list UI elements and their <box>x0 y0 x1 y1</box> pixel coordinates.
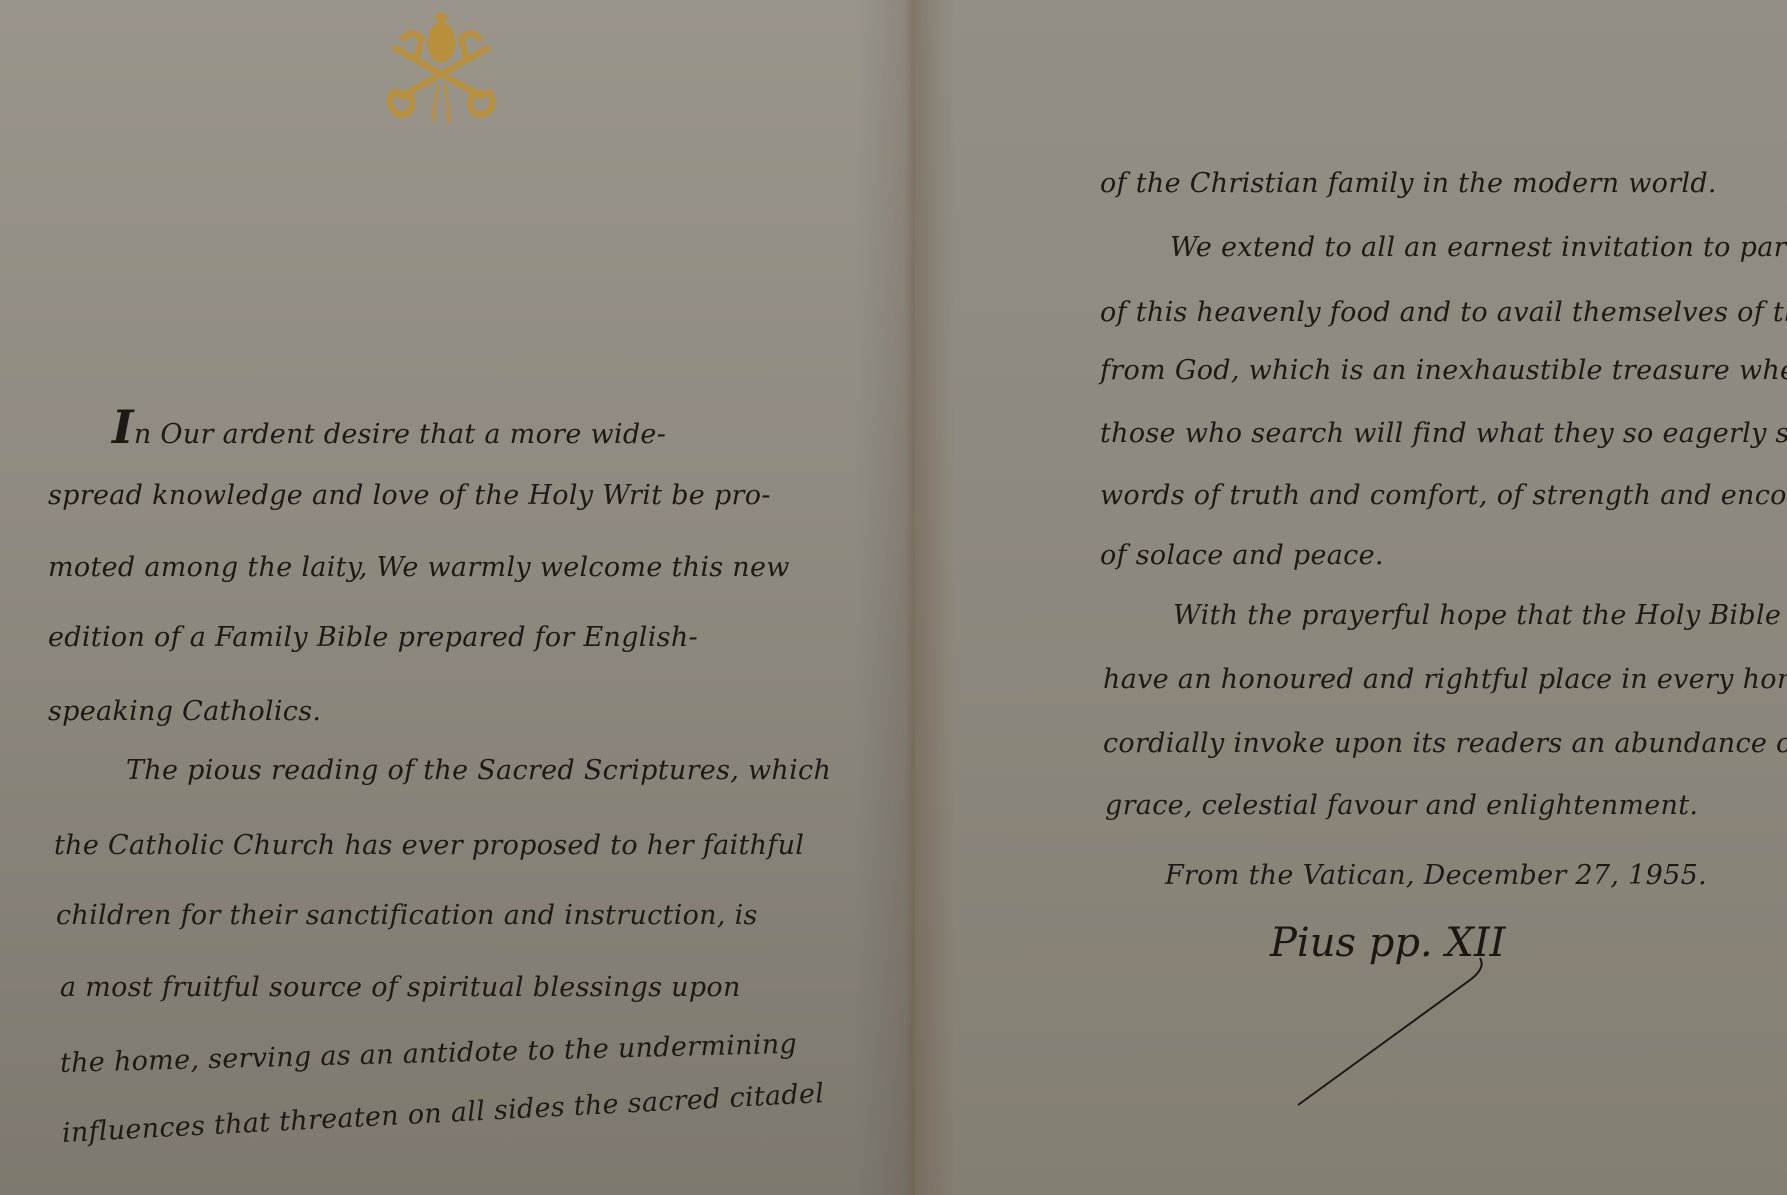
text-line: children for their sanctification and in… <box>56 900 758 931</box>
dateline: From the Vatican, December 27, 1955. <box>1165 860 1707 891</box>
text-line: edition of a Family Bible prepared for E… <box>48 622 698 653</box>
text-line: a most fruitful source of spiritual bles… <box>60 972 741 1003</box>
papal-keys-tiara-icon <box>380 8 502 128</box>
text-line: the home, serving as an antidote to the … <box>60 1029 798 1079</box>
text-line: of the Christian family in the modern wo… <box>1100 168 1717 199</box>
text-line: cordially invoke upon its readers an abu… <box>1103 728 1787 759</box>
text-line: from God, which is an inexhaustible trea… <box>1100 355 1787 386</box>
text-line: spread knowledge and love of the Holy Wr… <box>48 480 771 511</box>
text-line: With the prayerful hope that the Holy Bi… <box>1173 600 1787 631</box>
text-line: In Our ardent desire that a more wide- <box>112 404 666 450</box>
text-line: moted among the laity, We warmly welcome… <box>48 552 790 583</box>
text-line: have an honoured and rightful place in e… <box>1103 664 1787 695</box>
text-line: those who search will find what they so … <box>1100 418 1787 449</box>
signature-flourish-icon <box>1290 950 1490 1110</box>
text-line: of solace and peace. <box>1100 540 1384 571</box>
drop-cap: I <box>112 400 134 454</box>
text-line: influences that threaten on all sides th… <box>61 1078 825 1149</box>
text-line: words of truth and comfort, of strength … <box>1100 480 1787 511</box>
text-line: the Catholic Church has ever proposed to… <box>54 830 804 861</box>
text-line: grace, celestial favour and enlightenmen… <box>1105 790 1698 821</box>
text-line: The pious reading of the Sacred Scriptur… <box>126 755 831 786</box>
text-line: We extend to all an earnest invitation t… <box>1170 232 1787 263</box>
text-line: of this heavenly food and to avail thems… <box>1100 297 1787 328</box>
text-line: speaking Catholics. <box>48 696 321 727</box>
left-page: In Our ardent desire that a more wide- s… <box>0 0 915 1195</box>
